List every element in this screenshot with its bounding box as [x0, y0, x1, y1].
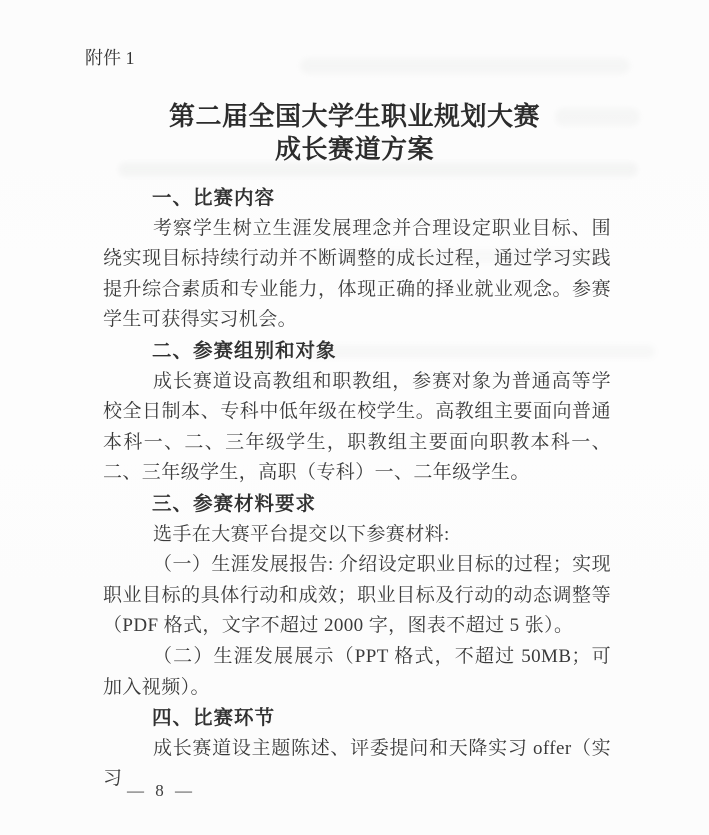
page-number: — 8 —	[127, 780, 193, 802]
section-heading-2: 二、参赛组别和对象	[103, 336, 611, 367]
section-3-paragraph-3: （二）生涯发展展示（PPT 格式，不超过 50MB；可加入视频）。	[103, 642, 611, 703]
section-heading-1: 一、比赛内容	[103, 183, 611, 214]
title-line-1: 第二届全国大学生职业规划大赛	[0, 100, 709, 133]
section-heading-4: 四、比赛环节	[103, 703, 611, 734]
attachment-label: 附件 1	[85, 0, 709, 70]
section-1-paragraph-1: 考察学生树立生涯发展理念并合理设定职业目标、围绕实现目标持续行动并不断调整的成长…	[103, 214, 611, 336]
section-heading-3: 三、参赛材料要求	[103, 489, 611, 520]
title-line-2: 成长赛道方案	[0, 133, 709, 166]
section-3-paragraph-2: （一）生涯发展报告: 介绍设定职业目标的过程；实现职业目标的具体行动和成效；职业…	[103, 550, 611, 642]
section-2-paragraph-1: 成长赛道设高教组和职教组，参赛对象为普通高等学校全日制本、专科中低年级在校学生。…	[103, 367, 611, 489]
document-title: 第二届全国大学生职业规划大赛 成长赛道方案	[0, 100, 709, 166]
section-3-paragraph-1: 选手在大赛平台提交以下参赛材料:	[103, 520, 611, 551]
document-body: 一、比赛内容 考察学生树立生涯发展理念并合理设定职业目标、围绕实现目标持续行动并…	[103, 183, 611, 795]
scanned-document-page: 附件 1 第二届全国大学生职业规划大赛 成长赛道方案 一、比赛内容 考察学生树立…	[0, 0, 709, 835]
